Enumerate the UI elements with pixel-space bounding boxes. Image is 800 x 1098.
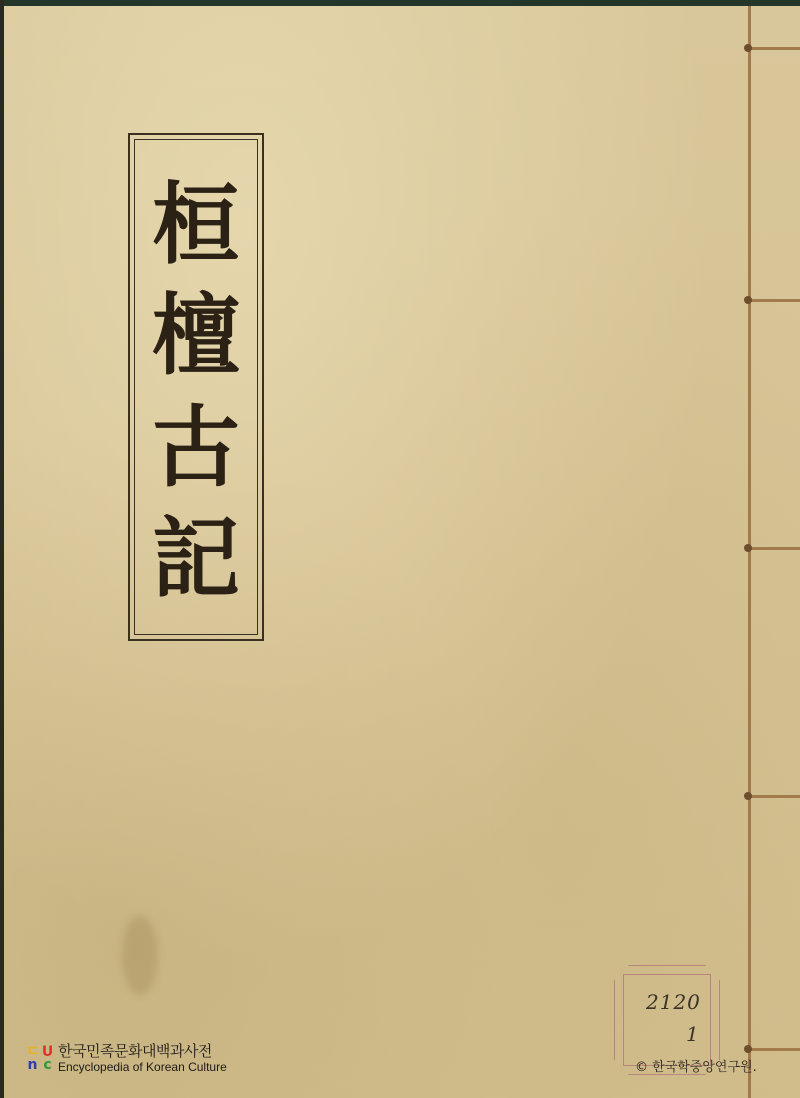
stitch-5 bbox=[748, 1048, 800, 1051]
stitch-3 bbox=[748, 547, 800, 550]
logo-english-name: Encyclopedia of Korean Culture bbox=[58, 1061, 227, 1073]
knot-3 bbox=[744, 544, 752, 552]
logo-korean-name: 한국민족문화대백과사전 bbox=[58, 1044, 227, 1059]
stitch-2 bbox=[748, 299, 800, 302]
title-char-4: 記 bbox=[152, 514, 240, 602]
logo-letter-4: c bbox=[41, 1059, 54, 1071]
knot-5 bbox=[744, 1045, 752, 1053]
title-char-3: 古 bbox=[152, 403, 240, 491]
stain bbox=[122, 915, 158, 995]
logo-text: 한국민족문화대백과사전 Encyclopedia of Korean Cultu… bbox=[58, 1044, 227, 1073]
volume-number: 1 bbox=[686, 1022, 699, 1046]
binding-thread bbox=[748, 6, 751, 1098]
title-label: 桓 檀 古 記 bbox=[128, 133, 264, 641]
encyclopedia-logo: ㄷ U n c 한국민족문화대백과사전 Encyclopedia of Kore… bbox=[26, 1044, 227, 1073]
title-char-1: 桓 bbox=[152, 180, 240, 268]
left-edge bbox=[0, 0, 4, 1098]
stitch-4 bbox=[748, 795, 800, 798]
library-stamp-inner bbox=[623, 974, 711, 1066]
logo-mark-icon: ㄷ U n c bbox=[26, 1046, 54, 1071]
title-label-inner: 桓 檀 古 記 bbox=[134, 139, 258, 635]
logo-letter-3: n bbox=[26, 1059, 39, 1071]
copyright-notice: © 한국학중앙연구원. bbox=[635, 1056, 757, 1075]
catalog-number: 2120 bbox=[646, 990, 701, 1014]
knot-4 bbox=[744, 792, 752, 800]
title-char-2: 檀 bbox=[152, 291, 240, 379]
stitch-1 bbox=[748, 47, 800, 50]
knot-2 bbox=[744, 296, 752, 304]
knot-1 bbox=[744, 44, 752, 52]
top-edge bbox=[0, 0, 800, 6]
